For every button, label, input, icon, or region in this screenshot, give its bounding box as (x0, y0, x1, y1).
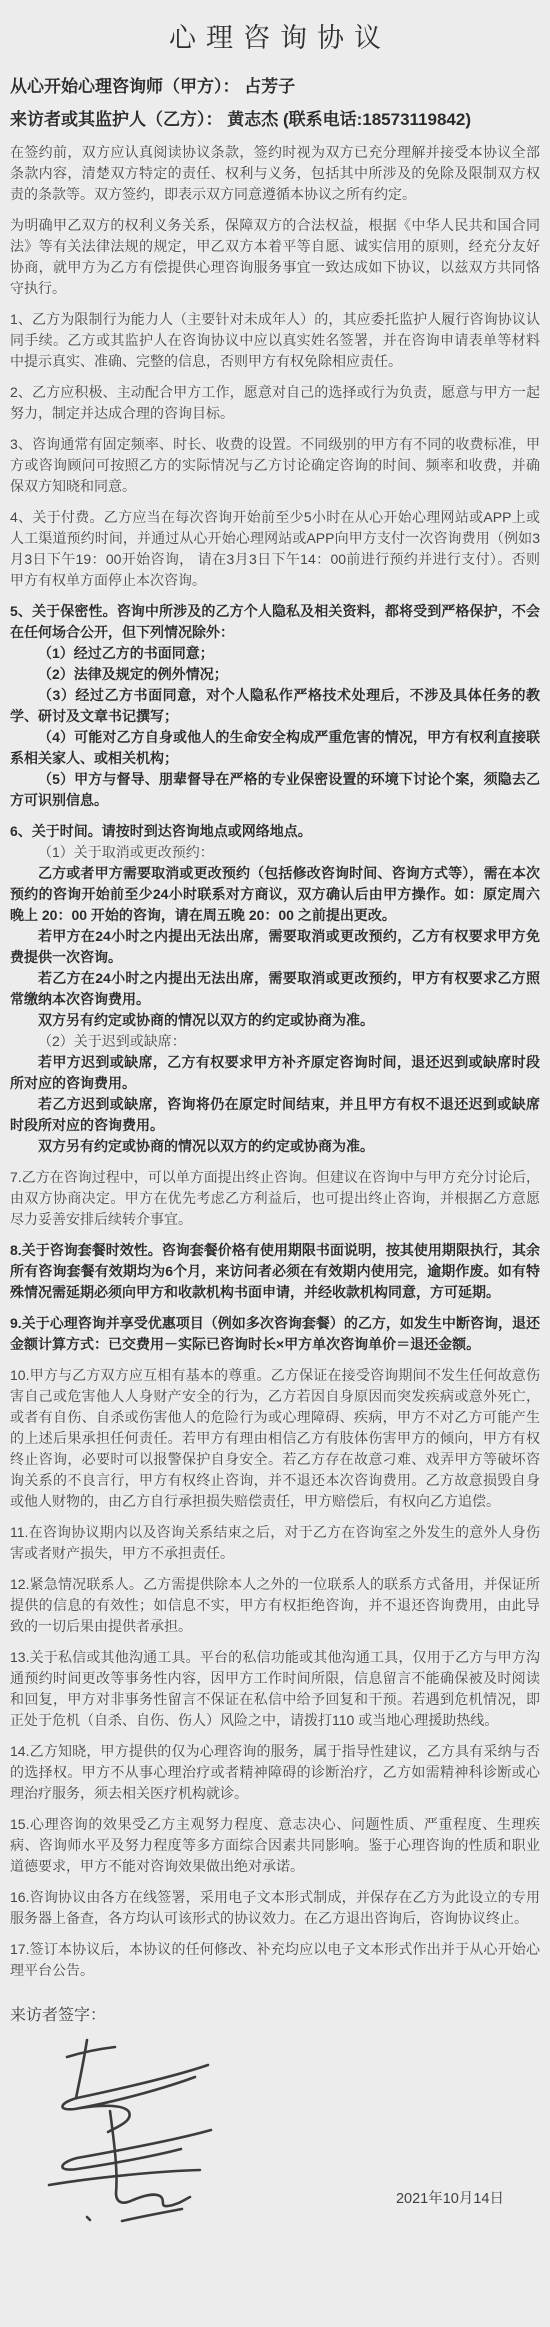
agreement-paragraph: 8.关于咨询套餐时效性。咨询套餐价格有使用期限书面说明，按其使用期限执行，其余所… (10, 1240, 540, 1303)
agreement-paragraph: 1、乙方为限制行为能力人（主要针对未成年人）的，其应委托监护人履行咨询协议认同手… (10, 309, 540, 372)
signature-label: 来访者签字： (10, 2005, 540, 2027)
agreement-paragraph: （3）经过乙方书面同意，对个人隐私作严格技术处理后，不涉及具体任务的教学、研讨及… (10, 685, 540, 727)
agreement-paragraph: 4、关于付费。乙方应当在每次咨询开始前至少5小时在从心开始心理网站或APP上或人… (10, 507, 540, 591)
page-title: 心理咨询协议 (10, 16, 540, 55)
agreement-paragraph: 5、关于保密性。咨询中所涉及的乙方个人隐私及相关资料，都将受到严格保护，不会在任… (10, 601, 540, 643)
agreement-paragraph: 14.乙方知晓，甲方提供的仅为心理咨询的服务，属于指导性建议，乙方具有采纳与否的… (10, 1741, 540, 1804)
agreement-paragraph: 10.甲方与乙方双方应互相有基本的尊重。乙方保证在接受咨询期间不发生任何故意伤害… (10, 1365, 540, 1512)
agreement-paragraph: 13.关于私信或其他沟通工具。平台的私信功能或其他沟通工具，仅用于乙方与甲方沟通… (10, 1647, 540, 1731)
agreement-paragraph: 17.签订本协议后，本协议的任何修改、补充均应以电子文本形式作出并于从心开始心理… (10, 1939, 540, 1981)
agreement-paragraph: 乙方或者甲方需要取消或更改预约（包括修改咨询时间、咨询方式等），需在本次预约的咨… (10, 863, 540, 926)
agreement-page: 心理咨询协议 从心开始心理咨询师（甲方）： 占芳子 来访者或其监护人（乙方）： … (0, 0, 550, 2327)
agreement-paragraph: 2、乙方应积极、主动配合甲方工作，愿意对自己的选择或行为负责，愿意与甲方一起努力… (10, 382, 540, 424)
agreement-paragraph: 3、咨询通常有固定频率、时长、收费的设置。不同级别的甲方有不同的收费标准，甲方或… (10, 434, 540, 497)
signature-date: 2021年10月14日 (396, 2187, 504, 2208)
agreement-paragraph: 若乙方迟到或缺席，咨询将仍在原定时间结束，并且甲方有权不退还迟到或缺席时段所对应… (10, 1094, 540, 1136)
handwritten-signature (32, 2035, 242, 2235)
agreement-paragraph: 11.在咨询协议期内以及咨询关系结束之后，对于乙方在咨询室之外发生的意外人身伤害… (10, 1522, 540, 1564)
agreement-paragraph: 若甲方在24小时之内提出无法出席，需要取消或更改预约，乙方有权要求甲方免费提供一… (10, 926, 540, 968)
party-b-line: 来访者或其监护人（乙方）： 黄志杰 (联系电话:18573119842) (10, 108, 540, 132)
agreement-paragraph: （5）甲方与督导、朋辈督导在严格的专业保密设置的环境下讨论个案，须隐去乙方可识别… (10, 769, 540, 811)
agreement-paragraph: 双方另有约定或协商的情况以双方的约定或协商为准。 (10, 1010, 540, 1031)
signature-area: 2021年10月14日 (10, 2027, 540, 2327)
agreement-paragraph: 为明确甲乙双方的权利义务关系，保障双方的合法权益，根据《中华人民共和国合同法》等… (10, 215, 540, 299)
agreement-paragraph: （2）法律及规定的例外情况； (10, 664, 540, 685)
agreement-paragraph: 若甲方迟到或缺席，乙方有权要求甲方补齐原定咨询时间，退还迟到或缺席时段所对应的咨… (10, 1052, 540, 1094)
agreement-body: 在签约前，双方应认真阅读协议条款，签约时视为双方已充分理解并接受本协议全部条款内… (10, 142, 540, 1981)
agreement-paragraph: 在签约前，双方应认真阅读协议条款，签约时视为双方已充分理解并接受本协议全部条款内… (10, 142, 540, 205)
agreement-paragraph: （4）可能对乙方自身或他人的生命安全构成严重危害的情况，甲方有权利直接联系相关家… (10, 727, 540, 769)
agreement-paragraph: 7.乙方在咨询过程中，可以单方面提出终止咨询。但建议在咨询中与甲方充分讨论后，由… (10, 1167, 540, 1230)
agreement-paragraph: 15.心理咨询的效果受乙方主观努力程度、意志决心、问题性质、严重程度、生理疾病、… (10, 1814, 540, 1877)
agreement-paragraph: （1）经过乙方的书面同意； (10, 643, 540, 664)
agreement-paragraph: （2）关于迟到或缺席： (10, 1031, 540, 1052)
agreement-paragraph: （1）关于取消或更改预约： (10, 842, 540, 863)
agreement-paragraph: 6、关于时间。请按时到达咨询地点或网络地点。 (10, 821, 540, 842)
agreement-paragraph: 12.紧急情况联系人。乙方需提供除本人之外的一位联系人的联系方式备用，并保证所提… (10, 1574, 540, 1637)
agreement-paragraph: 16.咨询协议由各方在线签署，采用电子文本形式制成，并保存在乙方为此设立的专用服… (10, 1887, 540, 1929)
party-a-line: 从心开始心理咨询师（甲方）： 占芳子 (10, 75, 540, 99)
agreement-paragraph: 双方另有约定或协商的情况以双方的约定或协商为准。 (10, 1136, 540, 1157)
agreement-paragraph: 9.关于心理咨询并享受优惠项目（例如多次咨询套餐）的乙方，如发生中断咨询，退还金… (10, 1313, 540, 1355)
agreement-paragraph: 若乙方在24小时之内提出无法出席，需要取消或更改预约，甲方有权要求乙方照常缴纳本… (10, 968, 540, 1010)
